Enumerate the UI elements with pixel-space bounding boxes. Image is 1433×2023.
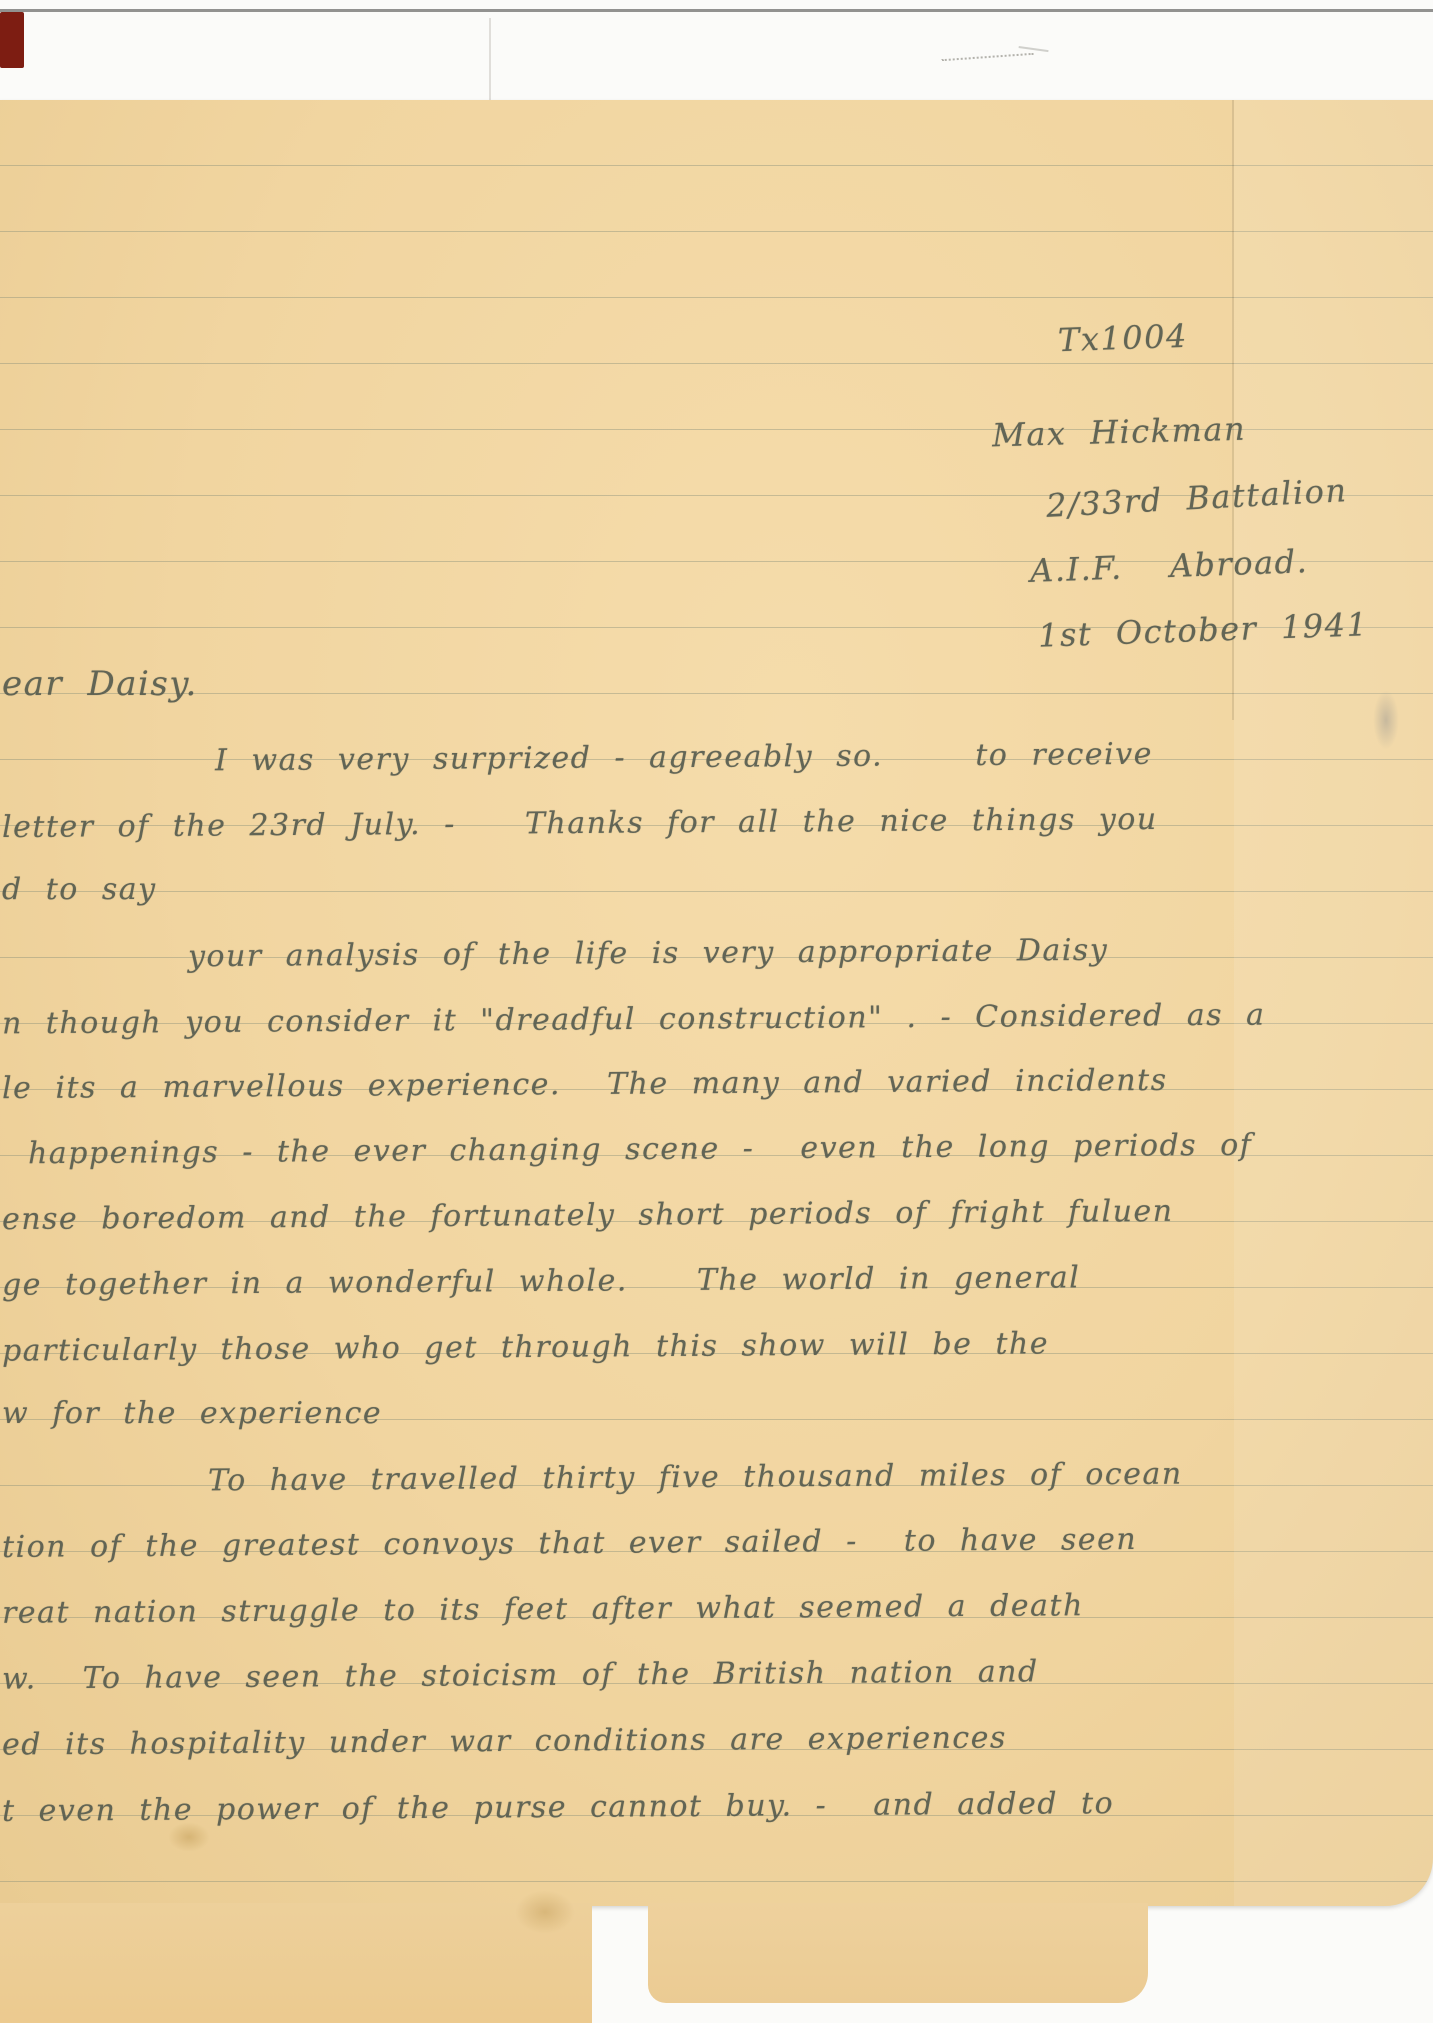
handwritten-line: ge together in a wonderful whole. The wo…	[2, 1258, 1081, 1306]
paper-stain	[515, 1890, 575, 1934]
handwritten-line: happenings - the ever changing scene - e…	[28, 1126, 1253, 1175]
handwritten-line: le its a marvellous experience. The many…	[2, 1061, 1168, 1109]
handwritten-line: w for the experience	[2, 1394, 382, 1434]
handwritten-line: reat nation struggle to its feet after w…	[2, 1586, 1084, 1634]
handwritten-line: w. To have seen the stoicism of the Brit…	[2, 1652, 1039, 1699]
salutation: ear Daisy.	[2, 664, 198, 704]
red-corner-mark	[0, 12, 24, 68]
underlying-page-left	[0, 1903, 592, 2023]
handwritten-line: d to say	[2, 870, 157, 910]
handwritten-line: your analysis of the life is very approp…	[188, 931, 1108, 977]
scanned-letter-page: Tx1004 Max Hickman 2/33rd Battalion A.I.…	[0, 0, 1433, 2023]
handwritten-line: I was very surprized - agreeably so. to …	[215, 735, 1153, 782]
sender-name: Max Hickman	[992, 409, 1247, 456]
handwritten-line: ense boredom and the fortunately short p…	[2, 1192, 1174, 1240]
service-number: Tx1004	[1057, 316, 1188, 361]
handwritten-line: ed its hospitality under war conditions …	[2, 1718, 1007, 1765]
scan-edge-line	[0, 9, 1433, 12]
handwritten-line: particularly those who get through this …	[2, 1324, 1049, 1371]
handwritten-line: letter of the 23rd July. - Thanks for al…	[2, 800, 1158, 848]
handwritten-line: tion of the greatest convoys that ever s…	[2, 1520, 1137, 1568]
underlying-page-mid	[648, 1903, 1148, 2003]
handwritten-line: To have travelled thirty five thousand m…	[208, 1455, 1183, 1502]
handwritten-line: t even the power of the purse cannot buy…	[2, 1784, 1114, 1832]
paper-stain	[1373, 690, 1399, 750]
